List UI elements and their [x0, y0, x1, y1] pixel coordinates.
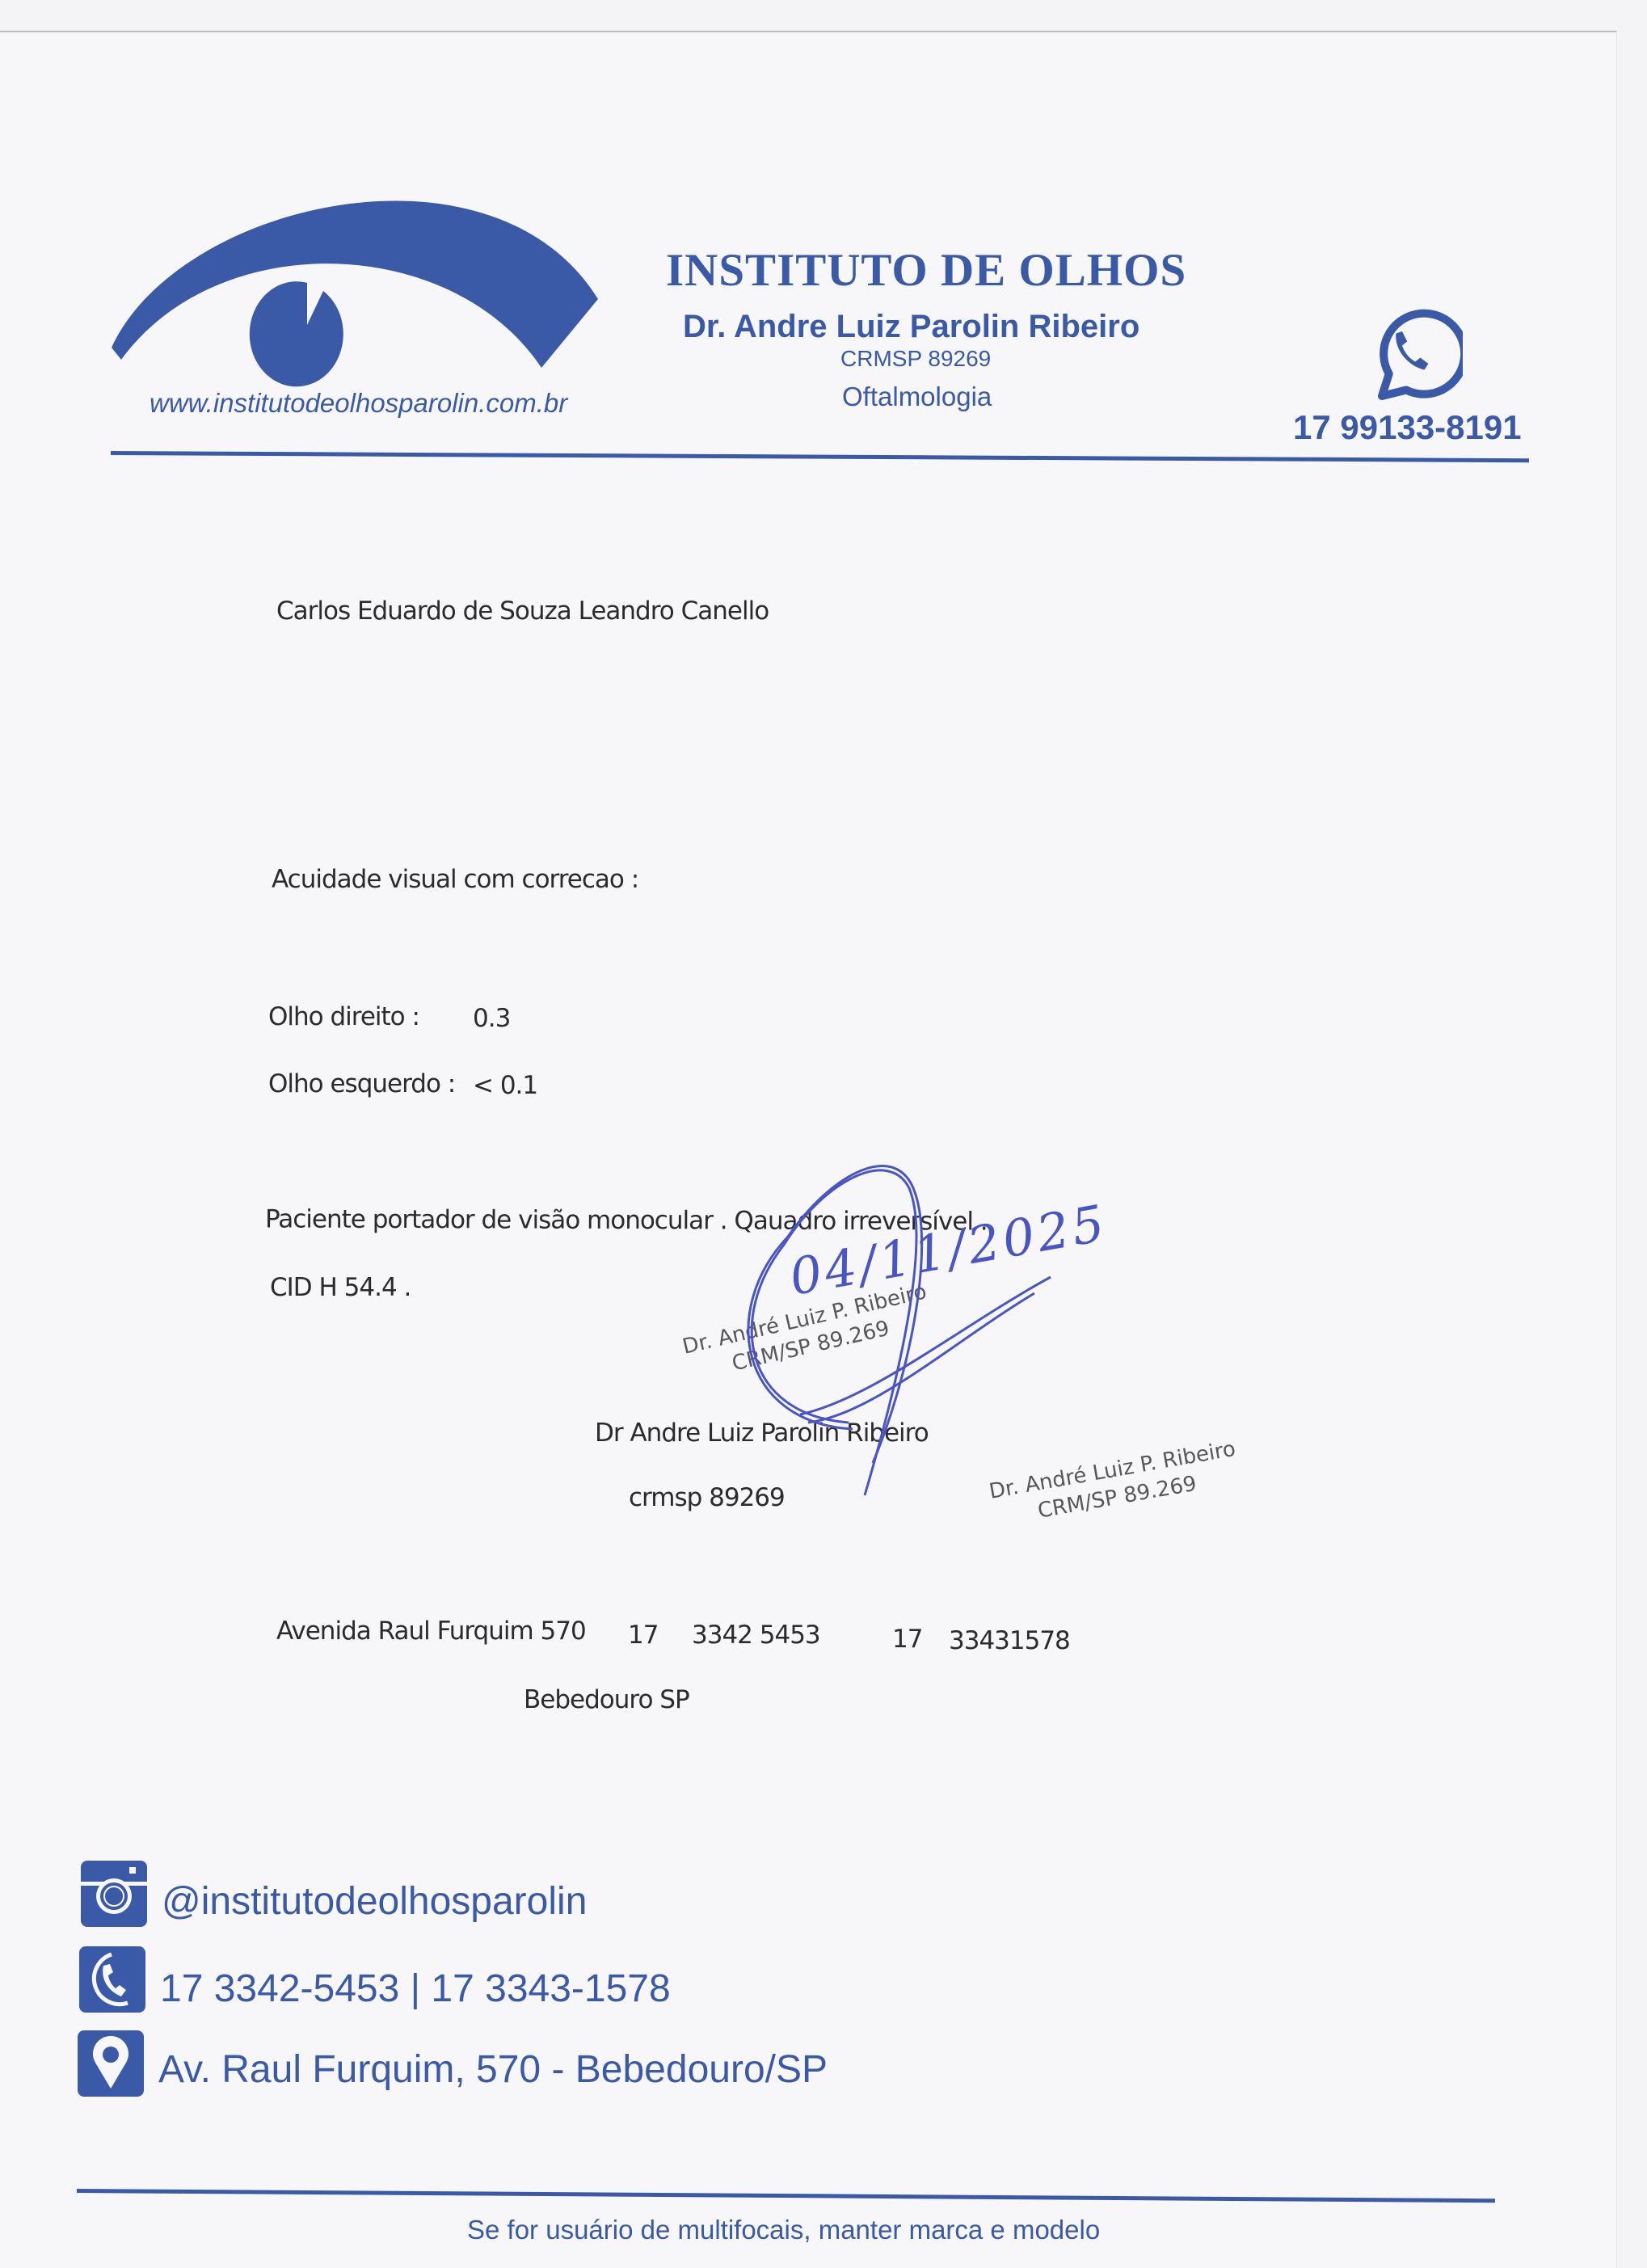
phone2-number: 33431578 — [949, 1626, 1070, 1655]
phone1-number: 3342 5453 — [692, 1621, 820, 1650]
instagram-icon — [81, 1861, 147, 1927]
website-url[interactable]: www.institutodeolhosparolin.com.br — [150, 388, 567, 419]
footer-phones[interactable]: 17 3342-5453 | 17 3343-1578 — [160, 1967, 671, 2011]
city: Bebedouro SP — [524, 1685, 689, 1714]
cid-code: CID H 54.4 . — [270, 1273, 411, 1302]
document-sheet: www.institutodeolhosparolin.com.br INSTI… — [0, 31, 1617, 2268]
specialty: Oftalmologia — [842, 382, 992, 412]
instagram-handle[interactable]: @institutodeolhosparolin — [162, 1879, 587, 1924]
footer-note: Se for usuário de multifocais, manter ma… — [467, 2215, 1100, 2245]
doctor-crm: CRMSP 89269 — [840, 346, 991, 372]
phone-icon — [79, 1946, 145, 2013]
footer-address: Av. Raul Furquim, 570 - Bebedouro/SP — [158, 2047, 828, 2092]
phone2-area-code: 17 — [892, 1625, 922, 1654]
doctor-name: Dr. Andre Luiz Parolin Ribeiro — [683, 309, 1139, 345]
whatsapp-icon — [1362, 303, 1463, 404]
left-eye-label: Olho esquerdo : — [268, 1069, 455, 1098]
right-eye-value: 0.3 — [473, 1004, 510, 1033]
footer-divider — [77, 2189, 1495, 2203]
phone1-area-code: 17 — [628, 1621, 658, 1650]
right-eye-label: Olho direito : — [268, 1002, 419, 1031]
institute-title: INSTITUTO DE OLHOS — [666, 244, 1186, 297]
eye-logo-icon — [105, 178, 606, 388]
whatsapp-phone[interactable]: 17 99133-8191 — [1293, 408, 1522, 447]
left-eye-value: < 0.1 — [473, 1071, 537, 1100]
location-pin-icon — [78, 2030, 144, 2097]
address-line: Avenida Raul Furquim 570 — [276, 1617, 586, 1646]
header-divider — [111, 451, 1529, 462]
patient-name: Carlos Eduardo de Souza Leandro Canello — [276, 597, 769, 626]
acuity-label: Acuidade visual com correcao : — [272, 865, 638, 894]
